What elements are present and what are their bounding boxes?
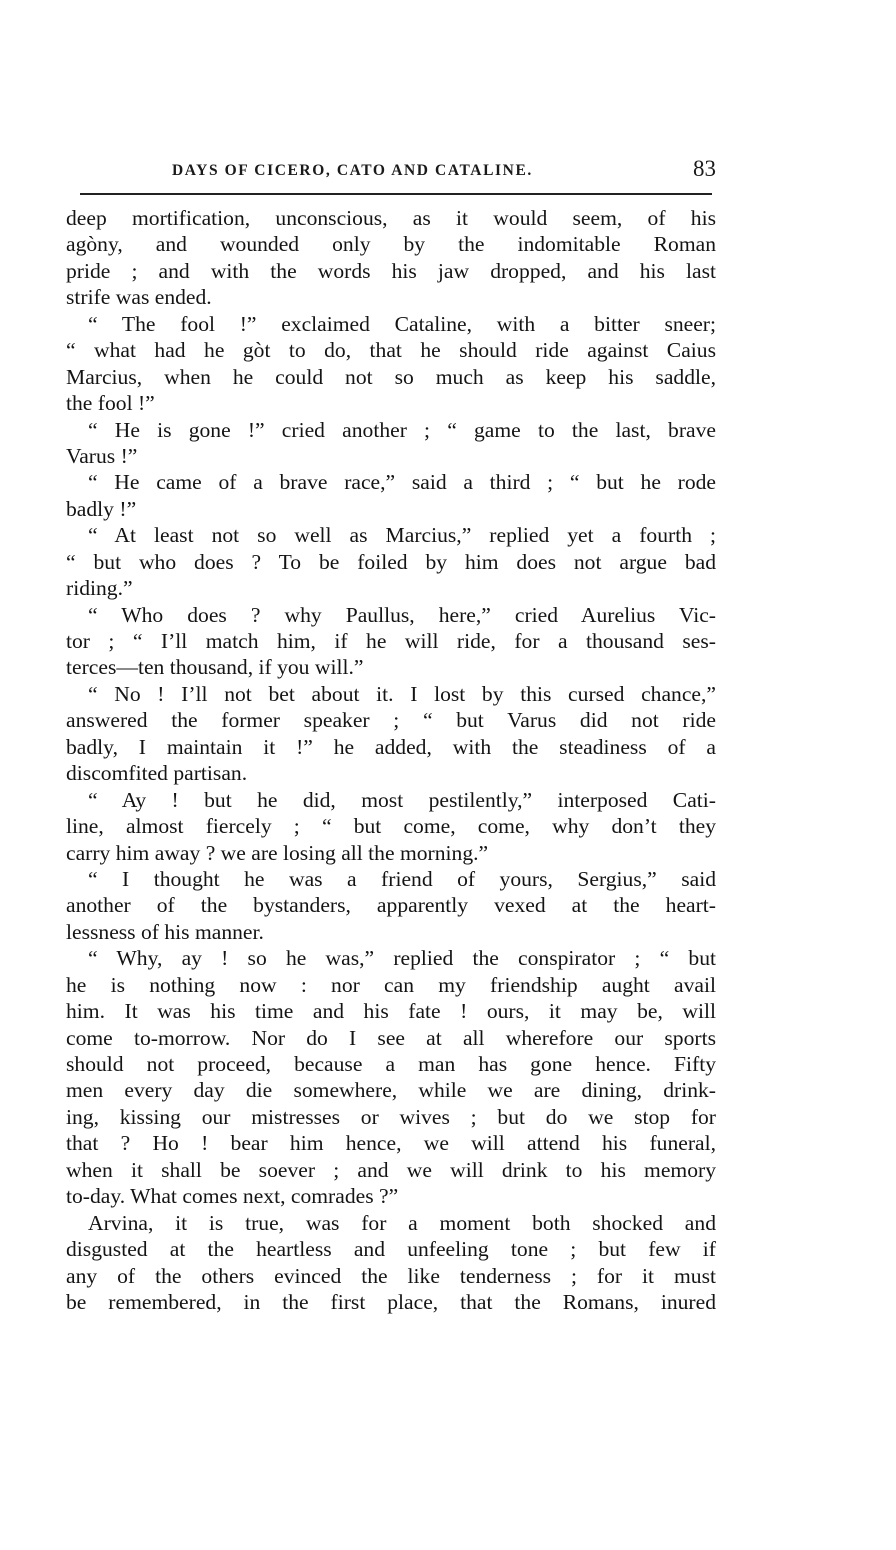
text-line: Arvina, it is true, was for a moment bot… [66,1210,716,1236]
text-line: “ Ay ! but he did, most pestilently,” in… [66,787,716,813]
text-line: come to-morrow. Nor do I see at all wher… [66,1025,716,1051]
header-rule [80,193,712,195]
text-line: line, almost fiercely ; “ but come, come… [66,813,716,839]
text-line: tor ; “ I’ll match him, if he will ride,… [66,628,716,654]
text-line: riding.” [66,575,716,601]
text-line: the fool !” [66,390,716,416]
text-line: “ Why, ay ! so he was,” replied the cons… [66,945,716,971]
text-line: “ what had he gòt to do, that he should … [66,337,716,363]
text-line: strife was ended. [66,284,716,310]
text-line: “ No ! I’ll not bet about it. I lost by … [66,681,716,707]
running-head: DAYS OF CICERO, CATO AND CATALINE. 83 [66,158,716,188]
text-line: another of the bystanders, apparently ve… [66,892,716,918]
text-line: “ He is gone !” cried another ; “ game t… [66,417,716,443]
text-line: “ The fool !” exclaimed Cataline, with a… [66,311,716,337]
book-page: DAYS OF CICERO, CATO AND CATALINE. 83 de… [0,0,896,1550]
text-line: badly, I maintain it !” he added, with t… [66,734,716,760]
text-line: disgusted at the heartless and unfeeling… [66,1236,716,1262]
text-line: lessness of his manner. [66,919,716,945]
text-line: him. It was his time and his fate ! ours… [66,998,716,1024]
text-line: “ He came of a brave race,” said a third… [66,469,716,495]
text-line: to-day. What comes next, comrades ?” [66,1183,716,1209]
text-line: when it shall be soever ; and we will dr… [66,1157,716,1183]
text-line: “ I thought he was a friend of yours, Se… [66,866,716,892]
body-text: deep mortification, unconscious, as it w… [66,205,716,1315]
text-line: “ At least not so well as Marcius,” repl… [66,522,716,548]
text-line: men every day die somewhere, while we ar… [66,1077,716,1103]
text-line: “ but who does ? To be foiled by him doe… [66,549,716,575]
text-line: should not proceed, because a man has go… [66,1051,716,1077]
text-line: badly !” [66,496,716,522]
page-number: 83 [693,156,716,182]
text-line: “ Who does ? why Paullus, here,” cried A… [66,602,716,628]
text-line: Varus !” [66,443,716,469]
text-line: he is nothing now : nor can my friendshi… [66,972,716,998]
text-line: terces—ten thousand, if you will.” [66,654,716,680]
text-line: answered the former speaker ; “ but Varu… [66,707,716,733]
text-line: that ? Ho ! bear him hence, we will atte… [66,1130,716,1156]
running-title: DAYS OF CICERO, CATO AND CATALINE. [172,162,533,180]
text-line: any of the others evinced the like tende… [66,1263,716,1289]
text-line: Marcius, when he could not so much as ke… [66,364,716,390]
text-line: carry him away ? we are losing all the m… [66,840,716,866]
text-line: deep mortification, unconscious, as it w… [66,205,716,231]
text-line: ing, kissing our mistresses or wives ; b… [66,1104,716,1130]
text-line: be remembered, in the first place, that … [66,1289,716,1315]
text-line: discomfited partisan. [66,760,716,786]
text-line: pride ; and with the words his jaw dropp… [66,258,716,284]
text-line: agòny, and wounded only by the indomitab… [66,231,716,257]
